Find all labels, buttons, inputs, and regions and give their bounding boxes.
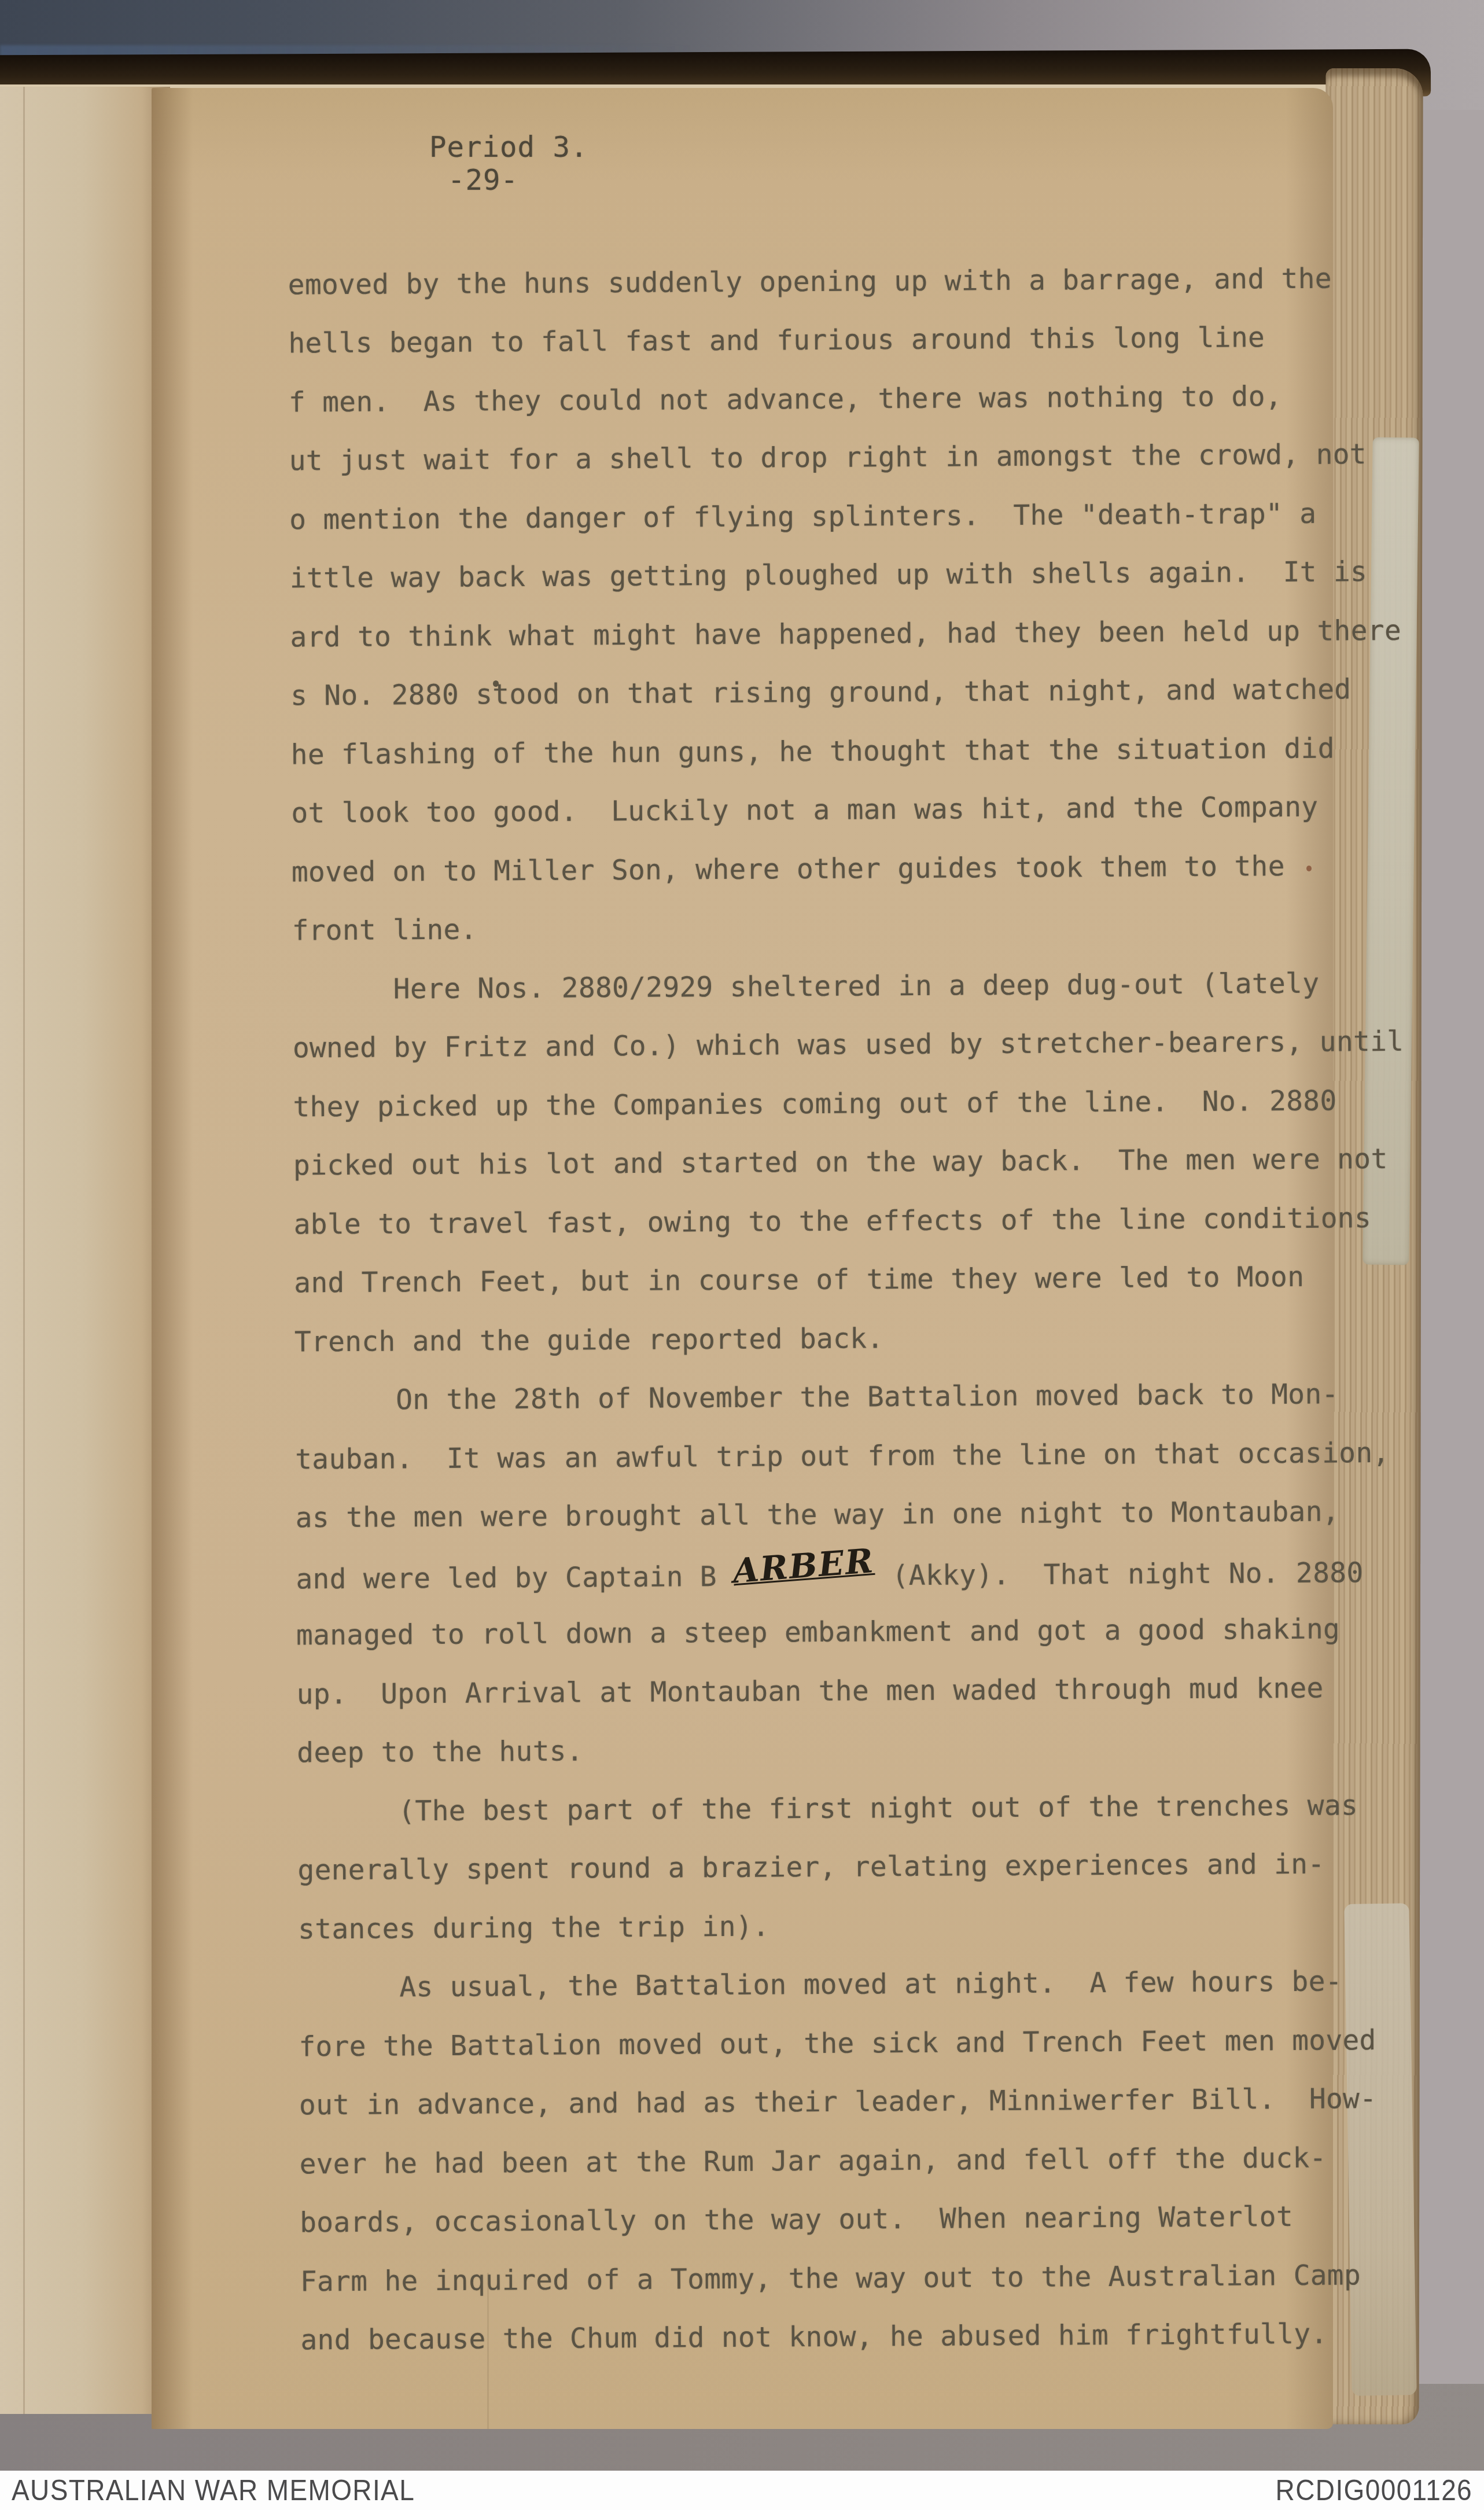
typed-line-text: stances during the trip in). bbox=[298, 1910, 769, 1945]
typed-line-text: managed to roll down a steep embankment … bbox=[296, 1613, 1340, 1652]
page-number: -29- bbox=[448, 164, 518, 197]
typed-line-text: as the men were brought all the way in o… bbox=[296, 1496, 1339, 1534]
typed-line-text: up. Upon Arrival at Montauban the men wa… bbox=[296, 1672, 1323, 1710]
typed-line-text: ever he had been at the Rum Jar again, a… bbox=[299, 2141, 1326, 2180]
typed-line-text: out in advance, and had as their leader,… bbox=[299, 2082, 1377, 2121]
typed-line-text: front line. bbox=[292, 914, 477, 947]
typed-line-text: hells began to fall fast and furious aro… bbox=[288, 321, 1265, 359]
typed-line-text: able to travel fast, owing to the effect… bbox=[293, 1202, 1371, 1241]
typed-line-text: and were led by Captain B bbox=[296, 1560, 734, 1595]
typed-line-text: emoved by the huns suddenly opening up w… bbox=[288, 262, 1332, 301]
record-id: RCDIG0001126 bbox=[1276, 2474, 1472, 2507]
typed-text: emoved by the huns suddenly opening up w… bbox=[153, 191, 1317, 2312]
typed-line-text: he flashing of the hun guns, he thought … bbox=[291, 732, 1335, 771]
catalogue-footer-bar: AUSTRALIAN WAR MEMORIAL RCDIG0001126 bbox=[0, 2471, 1484, 2510]
typed-line-text: Farm he inquired of a Tommy, the way out… bbox=[300, 2259, 1361, 2298]
typed-line-text: fore the Battalion moved out, the sick a… bbox=[299, 2024, 1376, 2063]
scanned-document-page: Period 3. -29- emoved by the huns sudden… bbox=[0, 0, 1484, 2510]
paper-fleck bbox=[1306, 866, 1312, 871]
page-title: Period 3. bbox=[429, 131, 588, 164]
verso-leaf bbox=[0, 87, 170, 2414]
typed-line-text: On the 28th of November the Battalion mo… bbox=[294, 1378, 1338, 1417]
typed-line-text: o mention the danger of flying splinters… bbox=[289, 497, 1316, 536]
typed-line-text: ard to think what might have happened, h… bbox=[290, 614, 1401, 653]
typed-line-text: Trench and the guide reported back. bbox=[294, 1322, 884, 1358]
scan-photo: Period 3. -29- emoved by the huns sudden… bbox=[0, 0, 1484, 2471]
typed-line-text-after: (Akky). That night No. 2880 bbox=[875, 1556, 1363, 1592]
typed-line-text: they picked up the Companies coming out … bbox=[293, 1084, 1336, 1123]
typed-line-text: f men. As they could not advance, there … bbox=[289, 380, 1282, 418]
handwritten-correction: ARBER bbox=[731, 1532, 877, 1601]
typed-line-text: and because the Chum did not know, he ab… bbox=[300, 2318, 1327, 2357]
typed-line-text: generally spent round a brazier, relatin… bbox=[297, 1848, 1324, 1887]
typed-line-text: picked out his lot and started on the wa… bbox=[293, 1143, 1388, 1182]
typed-line-text: Here Nos. 2880/2929 sheltered in a deep … bbox=[292, 967, 1319, 1006]
typed-line-text: As usual, the Battalion moved at night. … bbox=[299, 1966, 1342, 2004]
typed-line-text: and Trench Feet, but in course of time t… bbox=[294, 1261, 1304, 1300]
typed-line-text: tauban. It was an awful trip out from th… bbox=[295, 1436, 1390, 1475]
typed-line-text: (The best part of the first night out of… bbox=[297, 1789, 1358, 1828]
typed-line-text: deep to the huts. bbox=[297, 1735, 583, 1769]
institution-name: AUSTRALIAN WAR MEMORIAL bbox=[12, 2474, 415, 2507]
typed-line-text: moved on to Miller Son, where other guid… bbox=[292, 850, 1285, 888]
typed-line: emoved by the huns suddenly opening up w… bbox=[153, 191, 1305, 257]
typed-line-text: ittle way back was getting ploughed up w… bbox=[290, 555, 1368, 594]
typed-line-text: ot look too good. Luckily not a man was … bbox=[291, 791, 1318, 830]
crinkled-page-edge bbox=[1344, 1903, 1416, 2396]
typed-line-text: s No. 2880 stood on that rising ground, … bbox=[290, 673, 1352, 712]
typed-line-text: owned by Fritz and Co.) which was used b… bbox=[293, 1025, 1404, 1065]
ink-speck bbox=[493, 680, 499, 687]
typed-line-text: ut just wait for a shell to drop right i… bbox=[289, 438, 1367, 477]
typed-line-text: boards, occasionally on the way out. Whe… bbox=[300, 2200, 1293, 2239]
